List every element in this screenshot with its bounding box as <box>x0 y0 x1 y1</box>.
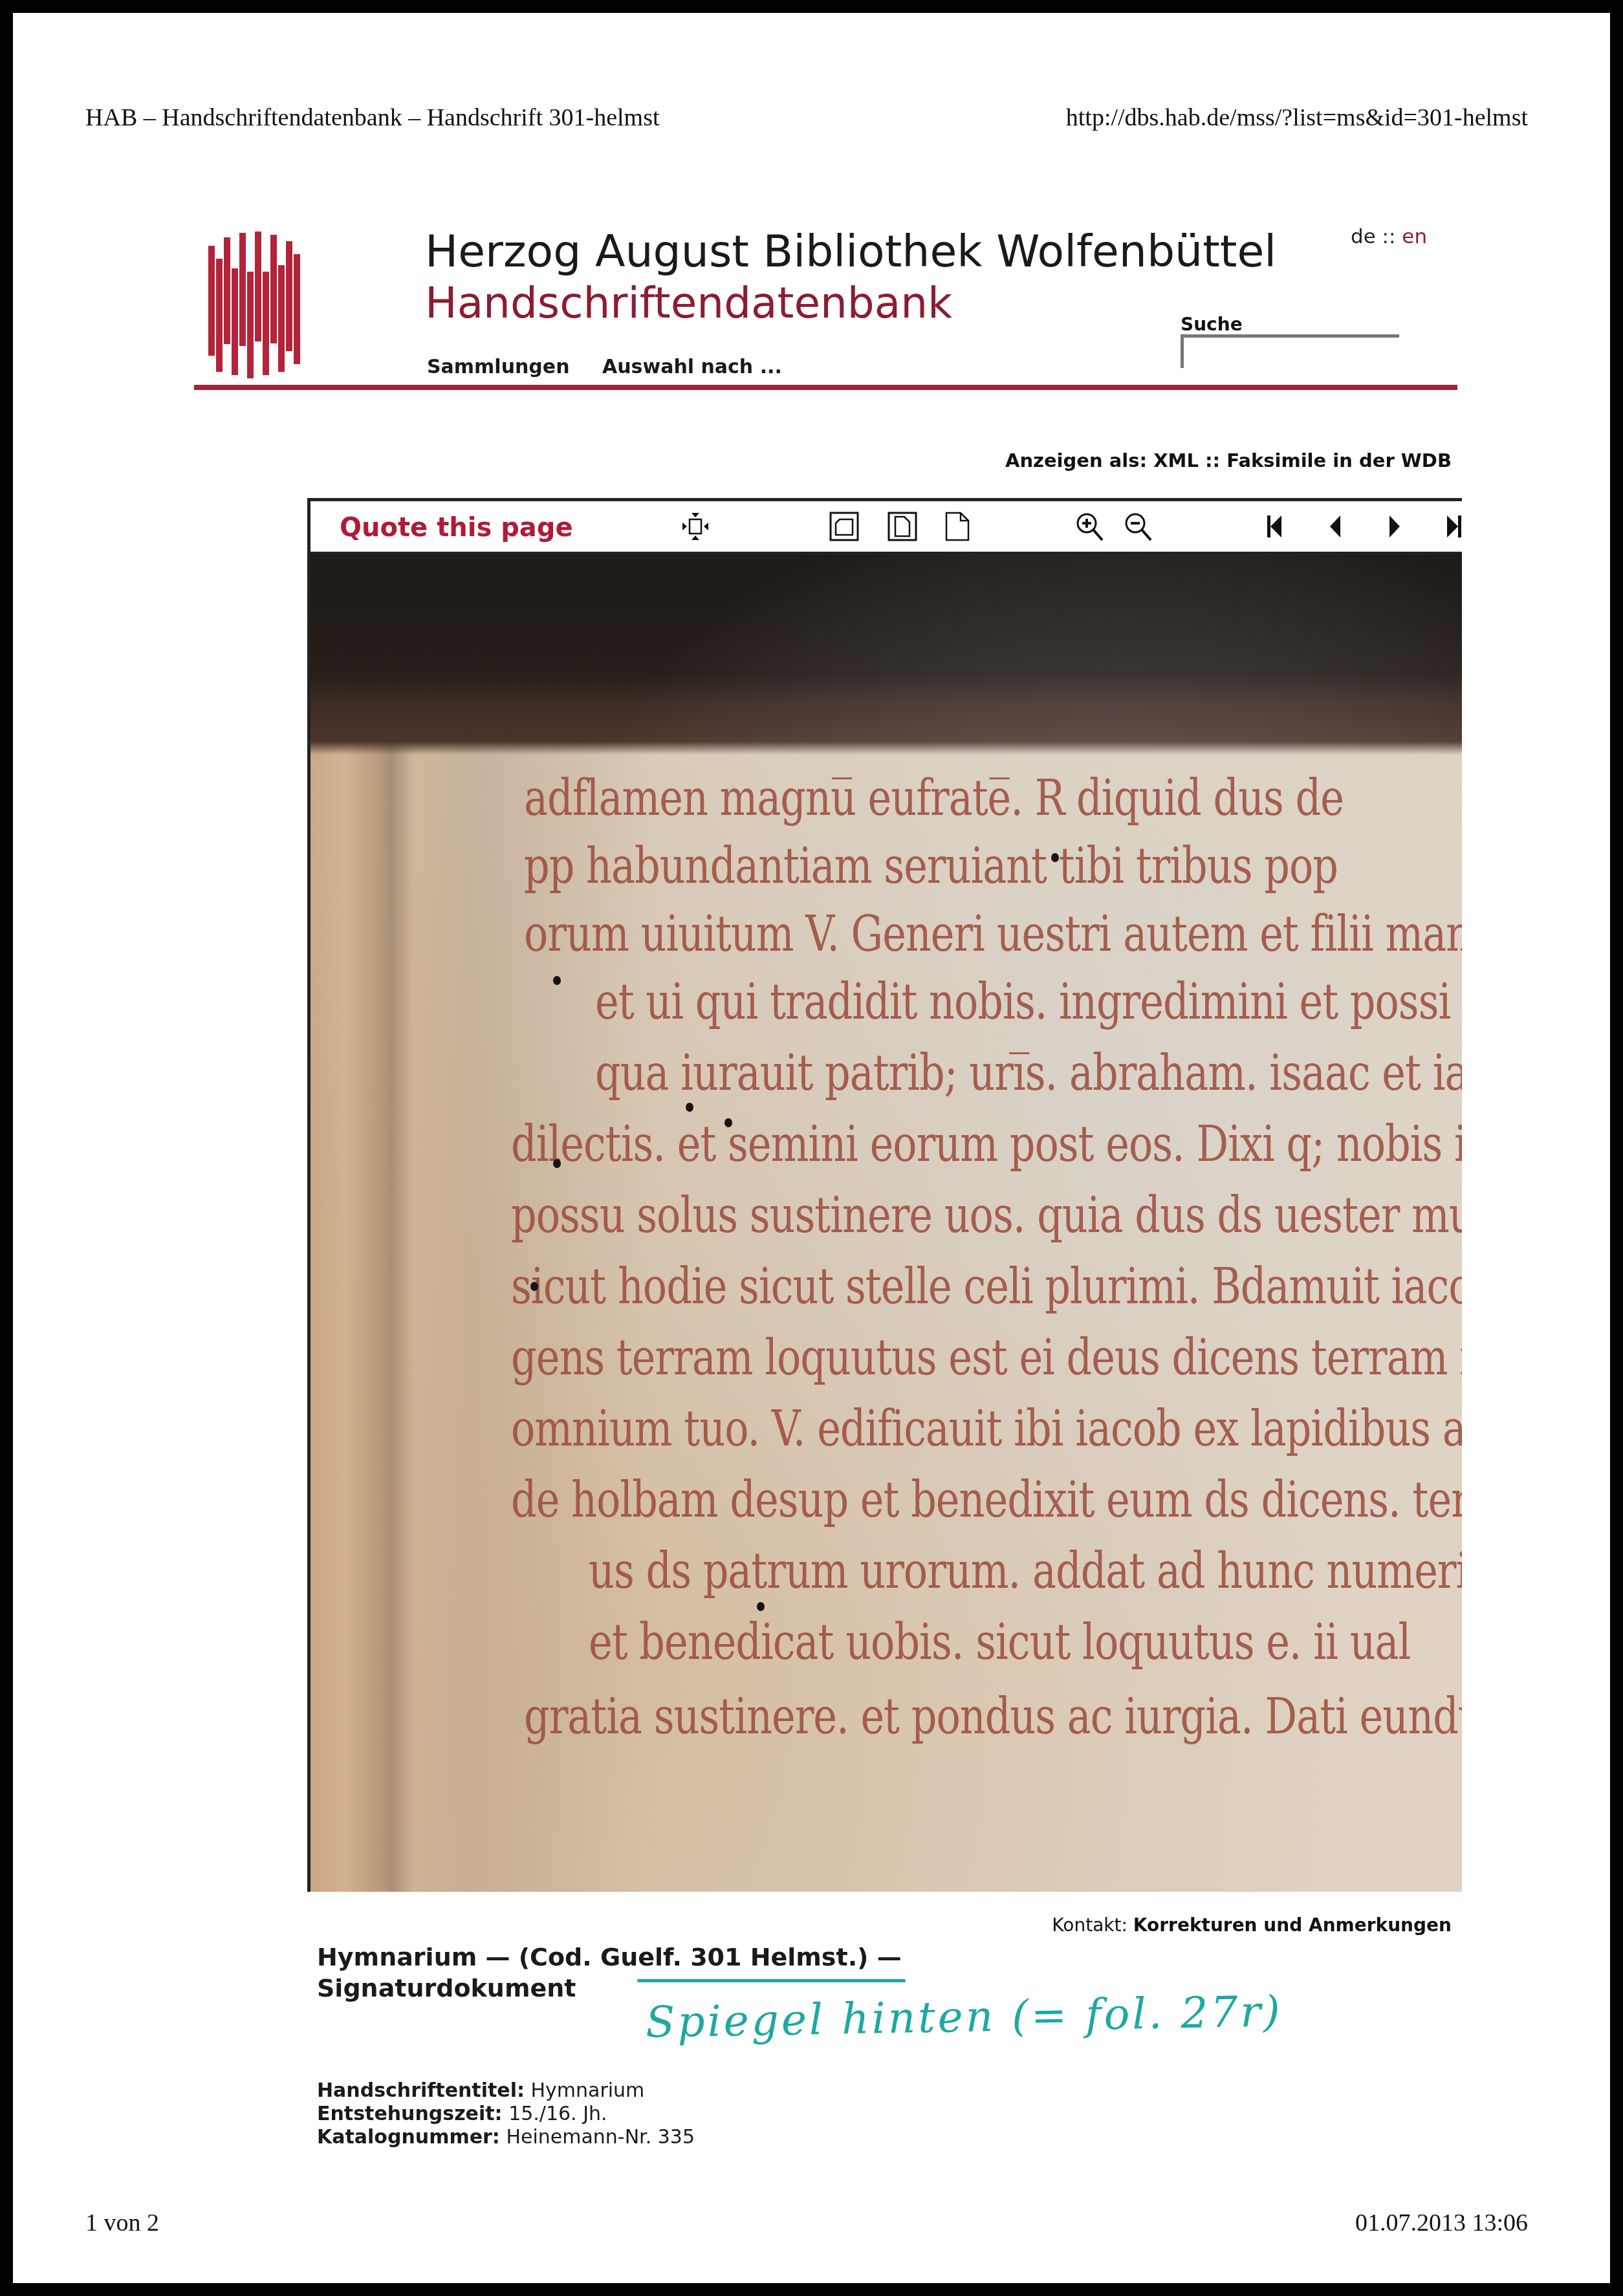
script-line: omnium tuo. V. edificauit ibi iacob ex l… <box>511 1398 1462 1457</box>
display-as-separator: :: <box>1205 449 1220 471</box>
next-page-icon[interactable] <box>1378 510 1410 543</box>
lang-de-link[interactable]: de <box>1351 225 1376 248</box>
nav-auswahl-nach[interactable]: Auswahl nach ... <box>602 356 782 378</box>
language-switcher: de :: en <box>1351 225 1427 248</box>
meta-row-catalog: Katalognummer: Heinemann-Nr. 335 <box>317 2126 695 2149</box>
script-line: pp habundantiam seruiant tibi tribus pop <box>524 836 1338 894</box>
handwritten-note: Spiegel hinten (= fol. 27r) <box>645 1986 1283 2047</box>
site-subtitle: Handschriftendatenbank <box>425 278 952 328</box>
header-divider <box>194 385 1457 390</box>
wormhole-mark <box>553 976 561 985</box>
print-header-title: HAB – Handschriftendatenbank – Handschri… <box>85 103 660 132</box>
view-mode-1-icon[interactable] <box>828 510 860 543</box>
fit-page-icon[interactable] <box>679 510 712 543</box>
script-line: et ui qui tradidit nobis. ingredimini et… <box>595 971 1450 1030</box>
wormhole-mark <box>530 1282 538 1291</box>
script-line: gratia sustinere. et pondus ac iurgia. D… <box>524 1686 1462 1745</box>
search-input[interactable] <box>1181 334 1399 368</box>
script-line: qua iurauit patrib; urı̅s. abraham. isaa… <box>595 1043 1462 1101</box>
meta-row-title: Handschriftentitel: Hymnarium <box>317 2079 695 2103</box>
lang-en-link[interactable]: en <box>1402 225 1427 248</box>
manuscript-image[interactable]: adflamen magnu̅ eufrate̅. R diquid dus d… <box>310 554 1462 1892</box>
facsimile-wdb-link[interactable]: Faksimile in der WDB <box>1226 449 1452 471</box>
wormhole-mark <box>686 1103 693 1112</box>
script-line: sicut hodie sicut stelle celi plurimi. B… <box>511 1256 1462 1315</box>
zoom-in-icon[interactable] <box>1074 510 1106 543</box>
script-line: de holbam desup et benedixit eum ds dice… <box>511 1469 1462 1528</box>
facsimile-viewer: Quote this page <box>307 498 1462 1892</box>
print-footer-datetime: 01.07.2013 13:06 <box>1355 2209 1528 2237</box>
nav-sammlungen[interactable]: Sammlungen <box>427 356 570 378</box>
script-line: adflamen magnu̅ eufrate̅. R diquid dus d… <box>524 768 1344 827</box>
single-page-icon[interactable] <box>941 510 974 543</box>
document-title-line1: Hymnarium — (Cod. Guelf. 301 Helmst.) — <box>317 1942 1093 1973</box>
quote-this-page-link[interactable]: Quote this page <box>340 513 573 543</box>
script-line: gens terram loquutus est ei deus dicens … <box>511 1327 1462 1386</box>
last-page-icon[interactable] <box>1439 510 1462 543</box>
display-as-label: Anzeigen als: <box>1005 449 1147 471</box>
script-line: dilectis. et semini eorum post eos. Dixi… <box>511 1114 1462 1173</box>
manuscript-metadata: Handschriftentitel: Hymnarium Entstehung… <box>317 2079 695 2149</box>
print-header-url: http://dbs.hab.de/mss/?list=ms&id=301-he… <box>1066 103 1528 132</box>
wormhole-mark <box>1051 853 1059 862</box>
wormhole-mark <box>553 1159 561 1168</box>
corrections-link[interactable]: Korrekturen und Anmerkungen <box>1133 1914 1452 1936</box>
first-page-icon[interactable] <box>1258 510 1291 543</box>
display-as-bar: Anzeigen als: XML :: Faksimile in der WD… <box>1005 449 1452 471</box>
viewer-toolbar: Quote this page <box>310 501 1462 554</box>
previous-page-icon[interactable] <box>1320 510 1352 543</box>
search-label: Suche <box>1181 314 1243 335</box>
hab-logo-icon[interactable] <box>201 217 298 375</box>
script-line: orum uiuitum V. Generi uestri autem et f… <box>524 904 1462 962</box>
print-footer-page: 1 von 2 <box>85 2209 159 2237</box>
site-title: Herzog August Bibliothek Wolfenbüttel <box>425 226 1276 277</box>
script-line: possu solus sustinere uos. quia dus ds u… <box>511 1185 1462 1244</box>
main-nav: Sammlungen Auswahl nach ... <box>427 356 808 378</box>
xml-link[interactable]: XML <box>1153 449 1199 471</box>
lang-separator: :: <box>1382 225 1396 248</box>
meta-row-date: Entstehungszeit: 15./16. Jh. <box>317 2103 695 2126</box>
contact-label: Kontakt: <box>1052 1914 1127 1936</box>
wormhole-mark <box>724 1118 732 1127</box>
contact-line: Kontakt: Korrekturen und Anmerkungen <box>1052 1914 1452 1936</box>
script-line: us ds patrum urorum. addat ad hunc numer… <box>589 1541 1462 1599</box>
printed-page: HAB – Handschriftendatenbank – Handschri… <box>13 13 1610 2283</box>
script-line: et benedicat uobis. sicut loquutus e. ii… <box>589 1612 1410 1671</box>
zoom-out-icon[interactable] <box>1122 510 1155 543</box>
view-mode-2-icon[interactable] <box>886 510 919 543</box>
handwritten-underline <box>637 1979 906 1982</box>
wormhole-mark <box>757 1602 765 1611</box>
